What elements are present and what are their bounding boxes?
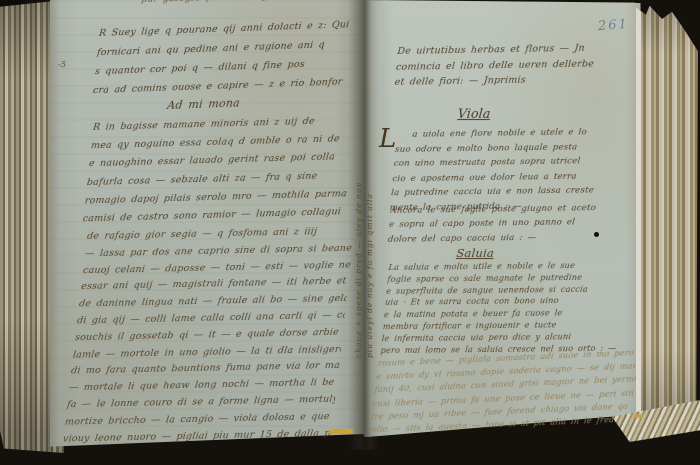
left-page-paragraph-1: R Suey lige q pourane qij anni dolacti e… <box>92 15 352 100</box>
gold-speck <box>633 414 643 418</box>
section-heading-viola: Viola <box>430 106 518 121</box>
faded-addition-paragraph: rosum e bene — pigliala somastra adi suo… <box>368 346 646 437</box>
incipit-rubric: De uirtutibus herbas et florus — Jncomin… <box>394 40 614 90</box>
decorated-initial: L <box>379 124 396 154</box>
left-page-margin-mark: -5 <box>58 60 66 69</box>
left-page-paragraph-2: R in bagisse mamane minoris ani z uij de… <box>82 112 356 229</box>
right-page-margin-notes: chaua + spese di pred — uiey de nuy piu … <box>354 48 374 368</box>
right-page-edge-stack <box>636 4 698 434</box>
viola-paragraph-2: Ancora le sue foglie poste giugno et ace… <box>387 201 629 248</box>
folio-number: 261 <box>598 17 630 34</box>
wormhole-dot <box>594 232 599 237</box>
section-heading-saluia: Saluia <box>432 246 519 260</box>
margin-note: piu uieyl de nuy e fu mgi qmit alla <box>365 48 374 358</box>
left-page-heading: Ad mi mona <box>167 96 241 112</box>
gold-speck <box>329 429 353 434</box>
margin-note: chaua + spese di pred — uiey de nuy <box>354 48 363 358</box>
left-page-paragraph-3: de rafagio gior segia — q fosfoma ani z … <box>62 223 356 448</box>
manuscript-photo: pur gasegse puccon no gosse pesse -5 R S… <box>0 0 700 465</box>
saluia-paragraph: La saluia e molto utile e nobile e le su… <box>380 259 633 356</box>
